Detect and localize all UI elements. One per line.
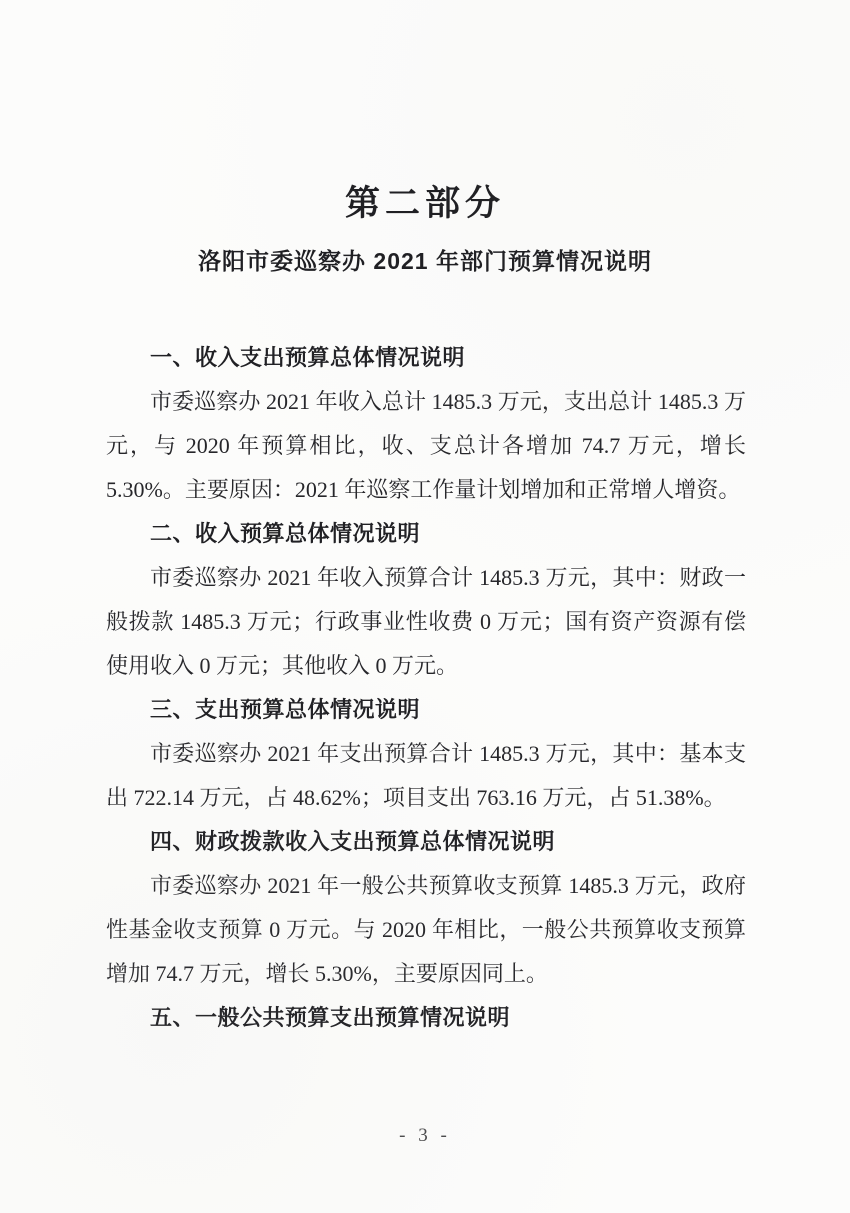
section-heading-income-expenditure-overview: 一、收入支出预算总体情况说明 [106,336,746,380]
document-page: 第二部分 洛阳市委巡察办 2021 年部门预算情况说明 一、收入支出预算总体情况… [0,0,850,1213]
section-heading-income-budget-overview: 二、收入预算总体情况说明 [106,512,746,556]
section-paragraph-income-expenditure-overview: 市委巡察办 2021 年收入总计 1485.3 万元，支出总计 1485.3 万… [106,380,746,512]
document-body: 一、收入支出预算总体情况说明 市委巡察办 2021 年收入总计 1485.3 万… [106,336,746,1040]
document-subtitle: 洛阳市委巡察办 2021 年部门预算情况说明 [0,243,850,276]
section-paragraph-income-budget-overview: 市委巡察办 2021 年收入预算合计 1485.3 万元，其中：财政一般拨款 1… [106,556,746,688]
section-paragraph-expenditure-budget-overview: 市委巡察办 2021 年支出预算合计 1485.3 万元，其中：基本支出 722… [106,732,746,820]
page-number-footer: - 3 - [0,1125,850,1147]
section-paragraph-fiscal-appropriation-overview: 市委巡察办 2021 年一般公共预算收支预算 1485.3 万元，政府性基金收支… [106,864,746,996]
section-heading-fiscal-appropriation-overview: 四、财政拨款收入支出预算总体情况说明 [106,820,746,864]
part-title: 第二部分 [0,0,850,226]
section-heading-general-public-budget-expenditure: 五、一般公共预算支出预算情况说明 [106,996,746,1040]
section-heading-expenditure-budget-overview: 三、支出预算总体情况说明 [106,688,746,732]
